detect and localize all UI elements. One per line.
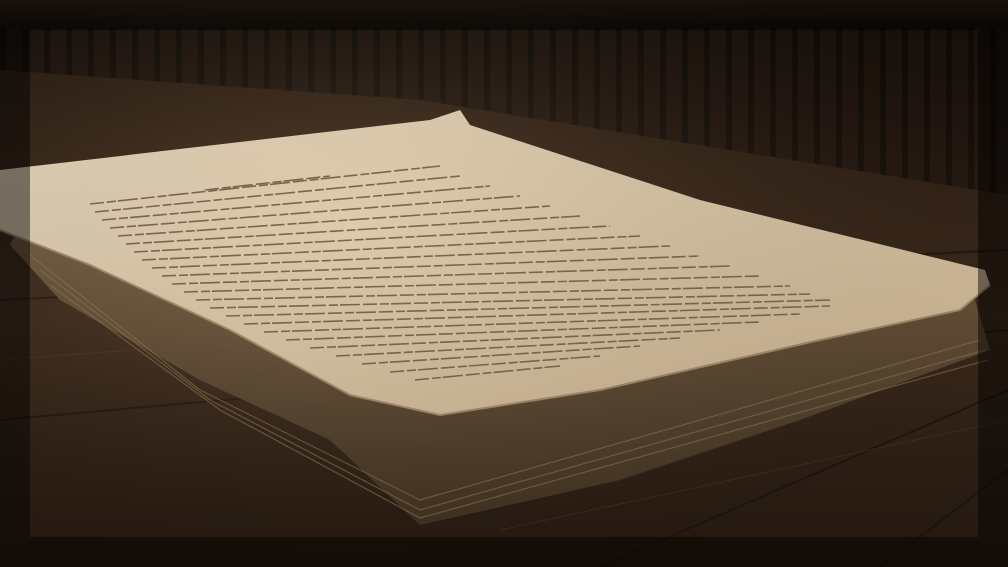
photo-scene: Old parchment manuscript with illegible … [0, 0, 1008, 567]
parchment-sheet [0, 0, 1008, 567]
manuscript-illustration [0, 0, 1008, 567]
